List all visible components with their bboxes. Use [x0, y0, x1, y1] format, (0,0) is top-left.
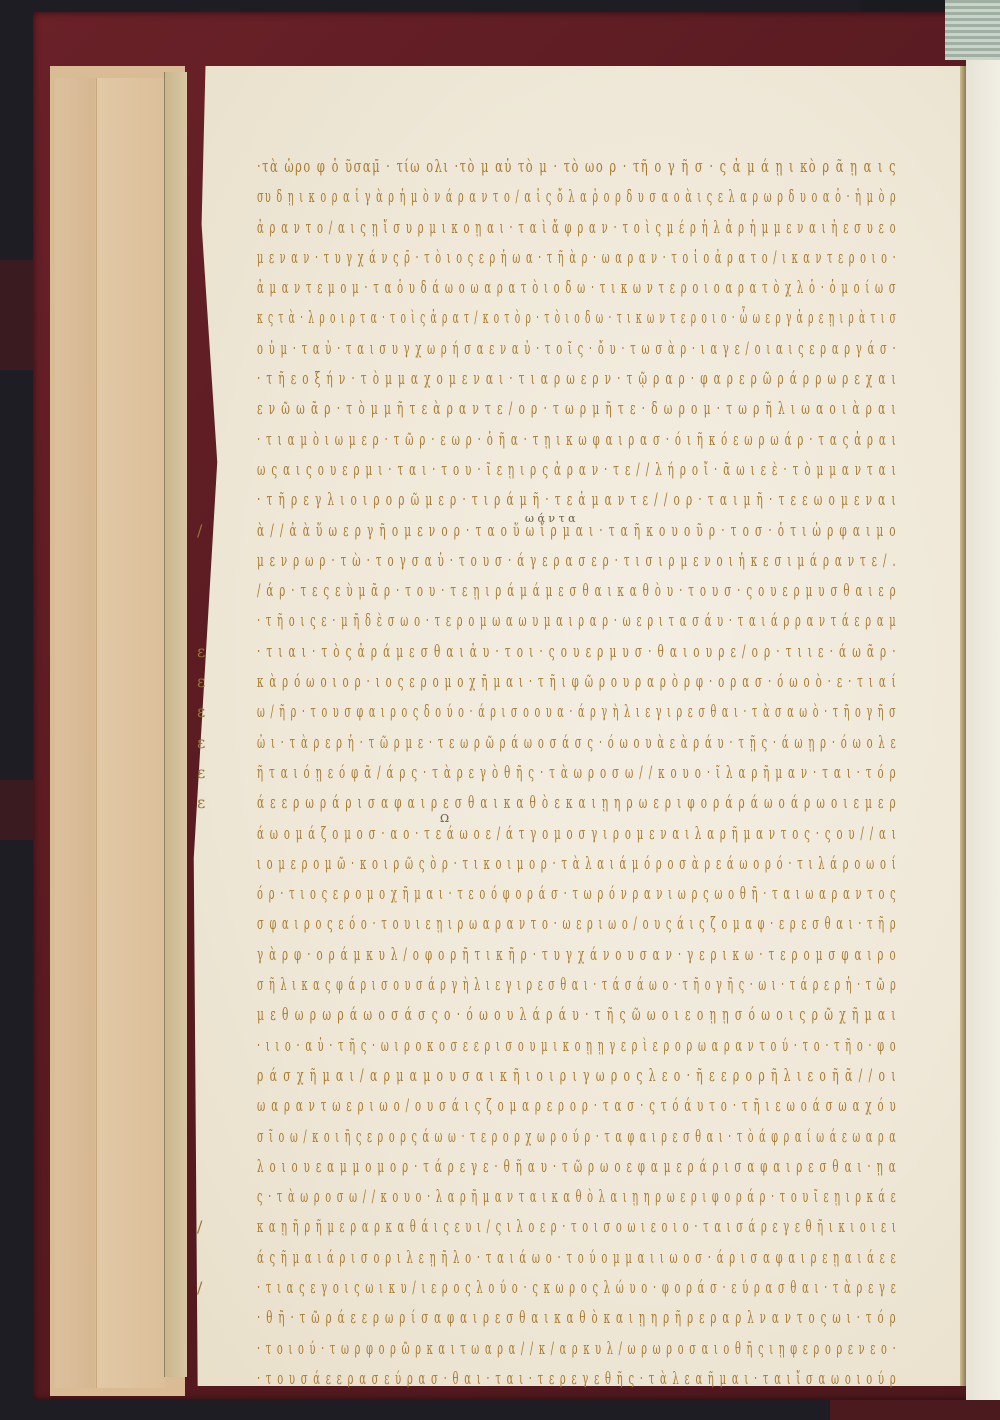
margin-mark: ε: [197, 758, 227, 788]
manuscript-line-text: · τ ι α μ ὸ ι ω μ ε ρ · τ ῶ ρ · ε ω ρ · …: [257, 425, 897, 455]
manuscript-line: ε ν ῶ ω ᾶ ρ · τ ὸ μ μ ῆ τ ε ὰ ρ α ν τ ε …: [195, 394, 875, 424]
manuscript-line-text: · τ ι α ς ε γ ο ι ς ω ι κ υ / ι ε ρ ο ς …: [257, 1273, 897, 1303]
manuscript-line-text: σ φ α ι ρ ο ς ε ό ο · τ ο υ ι ε ῃ ι ρ ω …: [257, 909, 897, 939]
manuscript-line: ω ς α ι ς ο υ ε ρ μ ι · τ α ι · τ ο υ · …: [195, 455, 875, 485]
manuscript-line: · τ ο ι ο ύ · τ ω ρ φ ο ρ ῶ ρ κ α ι τ ω …: [195, 1334, 875, 1364]
margin-mark: ε: [197, 728, 227, 758]
manuscript-line-text: ἀ ρ α ν τ ο / α ι ς ῃ ἴ σ υ ρ μ ι κ ο ῃ …: [257, 213, 897, 243]
manuscript-line: ω α ρ α ν τ ω ε ρ ι ω ο / ο υ σ ά ι ς ζ …: [195, 1091, 875, 1121]
manuscript-line-text: / ά ρ · τ ε ς ε ὺ μ ᾶ ρ · τ ο υ · τ ε ῃ …: [257, 576, 897, 606]
manuscript-line: ι ο μ ε ρ ο μ ῶ · κ ο ι ρ ῶ ς ὸ ρ · τ ι …: [195, 849, 875, 879]
manuscript-line: εῆ τ α ι ό ῃ ε ό φ ᾶ / ά ρ ς · τ ὰ ρ ε γ…: [195, 758, 875, 788]
manuscript-line-text: ἀ μ α ν τ ε μ ο μ · τ α ὁ υ δ ά ω ο ω α …: [257, 273, 897, 303]
manuscript-line: ·τὰ ὡρο φ ὁ ῦσαμ̄ · τίω ολι ·τὸ μ αὐ τὸ …: [195, 152, 875, 182]
manuscript-line-text: ὠ ι · τ ὰ ρ ε ρ ἡ · τ ῶ ρ μ ε · τ ε ω ρ …: [257, 728, 897, 758]
manuscript-line-text: · ι ι ο · α ὐ · τ ῆ ς · ω ι ρ ο κ ο σ ε …: [257, 1031, 897, 1061]
manuscript-line-text: ε ν ῶ ω ᾶ ρ · τ ὸ μ μ ῆ τ ε ὰ ρ α ν τ ε …: [257, 394, 897, 424]
manuscript-line-text: σ ῆ λ ι κ α ς φ ά ρ ι σ ο υ σ ά ρ γ ὴ λ …: [257, 970, 897, 1000]
manuscript-line: εω / ῆ ρ · τ ο υ σ φ α ι ρ ο ς δ ο ύ ο ·…: [195, 697, 875, 727]
manuscript-line-text: · τ ο ι ο ύ · τ ω ρ φ ο ρ ῶ ρ κ α ι τ ω …: [257, 1334, 897, 1364]
margin-mark: /: [197, 1273, 227, 1303]
manuscript-line: εὠ ι · τ ὰ ρ ε ρ ἡ · τ ῶ ρ μ ε · τ ε ω ρ…: [195, 728, 875, 758]
manuscript-line: · τ ῆ ε ο ξ ή ν · τ ὸ μ μ α χ ο μ ε ν α …: [195, 364, 875, 394]
manuscript-line-text: ·τὰ ὡρο φ ὁ ῦσαμ̄ · τίω ολι ·τὸ μ αὐ τὸ …: [257, 152, 897, 182]
manuscript-line: / ά ρ · τ ε ς ε ὺ μ ᾶ ρ · τ ο υ · τ ε ῃ …: [195, 576, 875, 606]
manuscript-line-text: · θ ῆ · τ ῶ ρ ά ε ε ρ ω ρ ί σ α φ α ι ρ …: [257, 1303, 897, 1333]
manuscript-line: · τ ῆ ο ι ς ε · μ ῆ δ ὲ σ ω ο · τ ε ρ ο …: [195, 606, 875, 636]
manuscript-line: κ ς τ ὰ · λ ρ ο ι ρ τ α · τ ο ὶ ς ἀ ρ α …: [195, 303, 875, 333]
manuscript-line: εκ ὰ ρ ό ω ο ι ο ρ · ι ο ς ε ρ ο μ ο χ ῆ…: [195, 667, 875, 697]
manuscript-line: · τ ο υ σ ά ε ε ρ α σ ε ύ ρ α σ · θ α ι …: [195, 1364, 875, 1394]
manuscript-text-block: ·τὰ ὡρο φ ὁ ῦσαμ̄ · τίω ολι ·τὸ μ αὐ τὸ …: [195, 152, 875, 1394]
leaf-fore-edge: [960, 66, 966, 1386]
margin-mark: ε: [197, 667, 227, 697]
manuscript-line: ἀ ρ α ν τ ο / α ι ς ῃ ἴ σ υ ρ μ ι κ ο ῃ …: [195, 213, 875, 243]
manuscript-line: ς · τ ὰ ω ρ ο σ ω / / κ ο υ ο · λ α ρ ῆ …: [195, 1182, 875, 1212]
manuscript-line: σ ῆ λ ι κ α ς φ ά ρ ι σ ο υ σ ά ρ γ ὴ λ …: [195, 970, 875, 1000]
manuscript-line: · τ ι α μ ὸ ι ω μ ε ρ · τ ῶ ρ · ε ω ρ · …: [195, 425, 875, 455]
manuscript-line-text: ι ο μ ε ρ ο μ ῶ · κ ο ι ρ ῶ ς ὸ ρ · τ ι …: [257, 849, 897, 879]
margin-mark: /: [197, 516, 227, 546]
manuscript-line: /ὰ / / ἀ ὰ ὕ ω ε ρ γ ῆ ο μ ε ν ο ρ · τ α…: [195, 516, 875, 546]
manuscript-line-text: ω α ρ α ν τ ω ε ρ ι ω ο / ο υ σ ά ι ς ζ …: [257, 1091, 897, 1121]
manuscript-line-text: συ δ ῃ ι κ ο ρ α ἰ γ ὰ ρ ἡ μ ὸ ν ά ρ α ν…: [257, 182, 897, 212]
manuscript-line-text: γ ὰ ρ φ · ο ρ ά μ κ υ λ / ο φ ο ρ ῆ τ ι …: [257, 940, 897, 970]
manuscript-line-text: ω ς α ι ς ο υ ε ρ μ ι · τ α ι · τ ο υ · …: [257, 455, 897, 485]
manuscript-line: /κ α ῃ ῆ ρ ῆ μ ε ρ α ρ κ α θ ά ι ς ε υ ι…: [195, 1212, 875, 1242]
margin-mark: ε: [197, 788, 227, 818]
manuscript-line-text: ὰ / / ἀ ὰ ὕ ω ε ρ γ ῆ ο μ ε ν ο ρ · τ α …: [257, 516, 897, 546]
manuscript-line: ό ρ · τ ι ο ς ε ρ ο μ ο χ ῆ μ α ι · τ ε …: [195, 879, 875, 909]
manuscript-line: ο ὐ μ · τ α ὐ · τ α ι σ υ γ χ ω ρ ή σ α …: [195, 334, 875, 364]
next-leaf-edge: [966, 60, 1000, 1400]
paper-guard-stub-2: [96, 78, 165, 1388]
page-edges-stack: [945, 0, 1000, 60]
manuscript-line-text: μ ε θ ω ρ ω ρ ά ω ο σ ά σ ς ο · ό ω ο υ …: [257, 1000, 897, 1030]
manuscript-line: ἀ μ α ν τ ε μ ο μ · τ α ὁ υ δ ά ω ο ω α …: [195, 273, 875, 303]
manuscript-line-text: ά ς ῆ μ α ι ά ρ ι σ ο ρ ι λ ε ῃ ῆ λ ο · …: [257, 1243, 897, 1273]
manuscript-line: σ ῖ ο ω / κ ο ι ῆ ς ε ρ ο ρ ς ά ω ω · τ …: [195, 1122, 875, 1152]
manuscript-line-text: κ ς τ ὰ · λ ρ ο ι ρ τ α · τ ο ὶ ς ἀ ρ α …: [257, 303, 897, 333]
manuscript-line: γ ὰ ρ φ · ο ρ ά μ κ υ λ / ο φ ο ρ ῆ τ ι …: [195, 940, 875, 970]
manuscript-line: ρ ά σ χ ῆ μ α ι / α ρ μ α μ ο υ σ α ι κ …: [195, 1061, 875, 1091]
manuscript-line-text: · τ ῆ ε ο ξ ή ν · τ ὸ μ μ α χ ο μ ε ν α …: [257, 364, 897, 394]
manuscript-line-text: · τ ι α ι · τ ὸ ς ἀ ρ ά μ ε σ θ α ι ἀ υ …: [257, 637, 897, 667]
manuscript-line-text: ῆ τ α ι ό ῃ ε ό φ ᾶ / ά ρ ς · τ ὰ ρ ε γ …: [257, 758, 897, 788]
interlinear-gloss: ω ά ν τ α: [525, 504, 576, 534]
manuscript-line-text: ω / ῆ ρ · τ ο υ σ φ α ι ρ ο ς δ ο ύ ο · …: [257, 697, 897, 727]
manuscript-line-text: ς · τ ὰ ω ρ ο σ ω / / κ ο υ ο · λ α ρ ῆ …: [257, 1182, 897, 1212]
parchment-stub: [164, 72, 187, 1377]
manuscript-line: σ φ α ι ρ ο ς ε ό ο · τ ο υ ι ε ῃ ι ρ ω …: [195, 909, 875, 939]
manuscript-line-text: ά ω ο μ ά ζ ο μ ο σ · α ο · τ ε ά ω ο ε …: [257, 819, 897, 849]
manuscript-line-text: ο ὐ μ · τ α ὐ · τ α ι σ υ γ χ ω ρ ή σ α …: [257, 334, 897, 364]
margin-mark: ε: [197, 637, 227, 667]
manuscript-line: εά ε ε ρ ω ρ ά ρ ι σ α φ α ι ρ ε σ θ α ι…: [195, 788, 875, 818]
manuscript-line-text: · τ ῆ ο ι ς ε · μ ῆ δ ὲ σ ω ο · τ ε ρ ο …: [257, 606, 897, 636]
background-object: [0, 780, 36, 840]
manuscript-line: /· τ ι α ς ε γ ο ι ς ω ι κ υ / ι ε ρ ο ς…: [195, 1273, 875, 1303]
manuscript-line-text: μ ε ν α ν · τ υ γ χ ά ν ς ρ̄ · τ ὸ ι ο ς…: [257, 243, 897, 273]
manuscript-line-text: σ ῖ ο ω / κ ο ι ῆ ς ε ρ ο ρ ς ά ω ω · τ …: [257, 1122, 897, 1152]
margin-mark: ε: [197, 697, 227, 727]
manuscript-line-text: κ ὰ ρ ό ω ο ι ο ρ · ι ο ς ε ρ ο μ ο χ ῆ …: [257, 667, 897, 697]
manuscript-line: μ ε ν ρ ω ρ · τ ὼ · τ ο γ σ α ὐ · τ ο υ …: [195, 546, 875, 576]
manuscript-line-text: ρ ά σ χ ῆ μ α ι / α ρ μ α μ ο υ σ α ι κ …: [257, 1061, 897, 1091]
manuscript-line-text: ά ε ε ρ ω ρ ά ρ ι σ α φ α ι ρ ε σ θ α ι …: [257, 788, 897, 818]
manuscript-line: ά ς ῆ μ α ι ά ρ ι σ ο ρ ι λ ε ῃ ῆ λ ο · …: [195, 1243, 875, 1273]
margin-mark: /: [197, 1212, 227, 1242]
manuscript-line-text: κ α ῃ ῆ ρ ῆ μ ε ρ α ρ κ α θ ά ι ς ε υ ι …: [257, 1212, 897, 1242]
manuscript-line: μ ε θ ω ρ ω ρ ά ω ο σ ά σ ς ο · ό ω ο υ …: [195, 1000, 875, 1030]
manuscript-line-text: λ ο ι ο υ ε α μ μ ο μ ο ρ · τ ά ρ ε γ ε …: [257, 1152, 897, 1182]
manuscript-line-text: · τ ῆ ρ ε γ λ ι ο ι ρ ο ρ ῶ μ ε ρ · τ ι …: [257, 485, 897, 515]
manuscript-line: συ δ ῃ ι κ ο ρ α ἰ γ ὰ ρ ἡ μ ὸ ν ά ρ α ν…: [195, 182, 875, 212]
manuscript-line: · ι ι ο · α ὐ · τ ῆ ς · ω ι ρ ο κ ο σ ε …: [195, 1031, 875, 1061]
manuscript-line: λ ο ι ο υ ε α μ μ ο μ ο ρ · τ ά ρ ε γ ε …: [195, 1152, 875, 1182]
manuscript-line: · θ ῆ · τ ῶ ρ ά ε ε ρ ω ρ ί σ α φ α ι ρ …: [195, 1303, 875, 1333]
manuscript-line: ά ω ο μ ά ζ ο μ ο σ · α ο · τ ε ά ω ο ε …: [195, 819, 875, 849]
manuscript-line-text: · τ ο υ σ ά ε ε ρ α σ ε ύ ρ α σ · θ α ι …: [257, 1364, 897, 1394]
manuscript-line-text: ό ρ · τ ι ο ς ε ρ ο μ ο χ ῆ μ α ι · τ ε …: [257, 879, 897, 909]
manuscript-line: ε· τ ι α ι · τ ὸ ς ἀ ρ ά μ ε σ θ α ι ἀ υ…: [195, 637, 875, 667]
manuscript-line-text: μ ε ν ρ ω ρ · τ ὼ · τ ο γ σ α ὐ · τ ο υ …: [257, 546, 897, 576]
manuscript-line: μ ε ν α ν · τ υ γ χ ά ν ς ρ̄ · τ ὸ ι ο ς…: [195, 243, 875, 273]
paper-guard-stub-1: [55, 78, 95, 1388]
